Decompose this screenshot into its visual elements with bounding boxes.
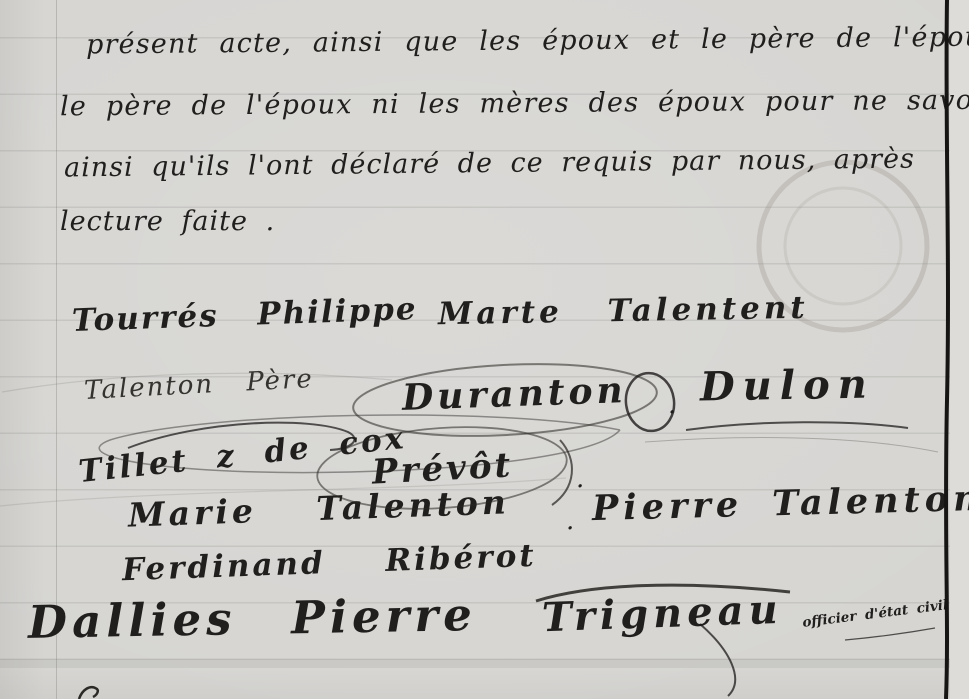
body-line-4: lecture faite . <box>60 208 275 235</box>
signature-dallies-pierre: Dallies Pierre <box>28 592 477 645</box>
signature-ferdinand-riberot: Ferdinand Ribérot <box>122 541 538 586</box>
signature-tourres-philippe: Tourrés Philippe <box>72 294 418 337</box>
annotation-underline <box>845 628 935 640</box>
separator-dot-1: . <box>668 392 676 418</box>
dulon-underline-faint <box>645 437 938 452</box>
signature-tillet: Tillet z de cox <box>77 423 407 488</box>
separator-dot-3: . <box>566 508 574 534</box>
signature-marie-talenton: Marie Talenton <box>128 485 511 531</box>
showthrough-band <box>0 659 969 668</box>
signature-duranton: Duranton <box>401 372 627 416</box>
body-line-1: présent acte, ainsi que les époux et le … <box>86 23 969 59</box>
prevot-closing-stroke <box>552 440 572 505</box>
signature-pierre-talenton: Pierre Talenton <box>592 481 969 526</box>
signature-trigneau: Trigneau <box>541 590 783 638</box>
signature-marte-talentent: Marte Talentent <box>438 293 809 330</box>
body-line-2: le père de l'époux ni les mères des épou… <box>60 87 969 121</box>
officer-annotation: officier d'état civil <box>802 599 949 630</box>
scanned-register-page: présent acte, ainsi que les époux et le … <box>0 0 969 699</box>
separator-dot-2: . <box>576 466 584 492</box>
body-line-3: ainsi qu'ils l'ont déclaré de ce requis … <box>64 146 915 182</box>
signature-dulon: Dulon <box>700 364 875 407</box>
signature-talenton-pere: Talenton Père <box>83 366 314 404</box>
margin-line <box>56 0 57 699</box>
bottom-edge-stroke <box>79 687 98 699</box>
stamp-inner-ring <box>785 188 901 304</box>
dulon-underline <box>686 422 908 430</box>
